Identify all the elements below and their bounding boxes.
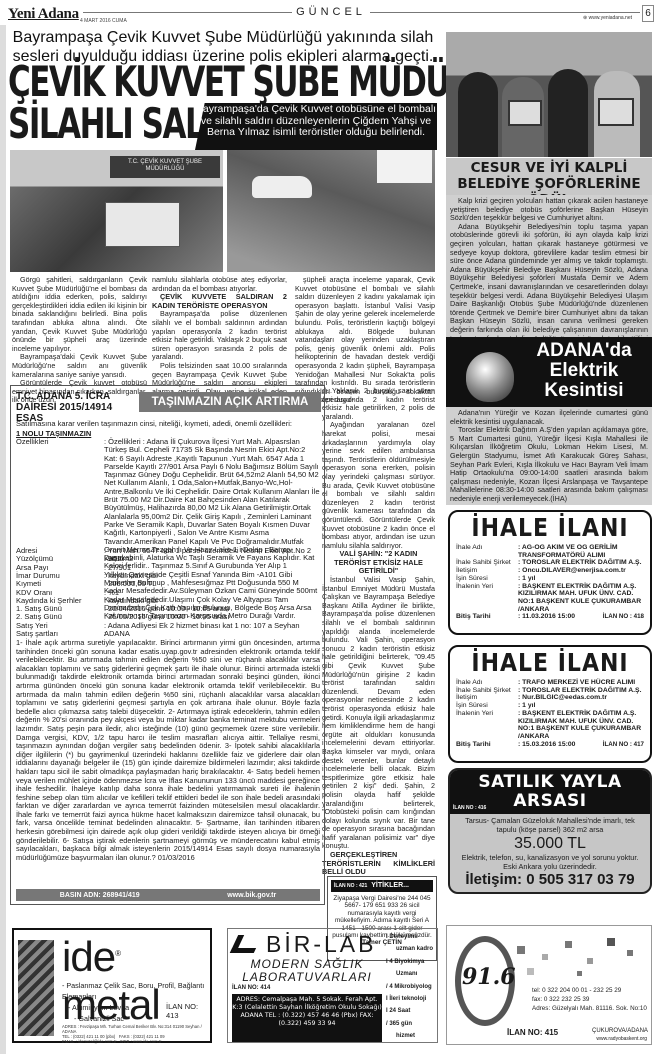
power-cut-title: ADANA'da Elektrik Kesintisi <box>524 341 644 401</box>
tender-row: İşin Süresi: 1 yıl <box>456 575 644 583</box>
microscope-icon <box>230 935 262 953</box>
tender-row: İhalenin Yeri: BAŞKENT ELEKTRİK DAĞITIM … <box>456 710 644 741</box>
field-yuzolcumu: Yüzölçümü: 901 m2 <box>16 555 320 563</box>
award-story-text: Kalp krizi geçiren yolcuları hattan çıka… <box>446 195 652 354</box>
press-code: BASIN ADN: 268941/419 <box>60 892 140 899</box>
website-link[interactable]: ⊛ www.yeniadana.net <box>583 15 632 21</box>
masthead: GÜNCEL Yeni Adana 4 MART 2016 CUMA ⊛ www… <box>8 4 654 26</box>
lightbulb-icon <box>466 352 514 402</box>
ilan-number: İLAN NO : 416 <box>453 805 486 811</box>
ilan-number: İLAN NO: 414 <box>232 985 270 991</box>
auction-terms: 1- İhale açık artırma suretiyle yapılaca… <box>16 639 320 862</box>
tender-row: İhale Sahibi Şirket: TOROSLAR ELEKTRİK D… <box>456 559 644 567</box>
lost-notice-header: İLAN NO : 421 YİTİKLER... <box>331 880 433 892</box>
ide-contact: ADRES : Fevzipaşa Mh. Turhan Cemal Berik… <box>62 1024 210 1044</box>
field-kiymeti: Kıymeti: 200.000,00 TL <box>16 580 320 588</box>
tender-title: İHALE İLANI <box>456 513 644 544</box>
land-price: 35.000 TL <box>450 834 650 853</box>
tender-deadline: Bitiş Tarihi: 15.03.2016 15:00İLAN NO : … <box>456 741 644 748</box>
contact-phone[interactable]: İletişim: 0 505 317 03 79 <box>450 871 650 889</box>
land-sale-ad: SATILIK YAYLA ARSASI İLAN NO : 416 Tarsu… <box>448 768 652 894</box>
column-heading: GERÇEKLEŞTİREN TERÖRİSTLERİN KİMLİKLERİ … <box>322 851 435 875</box>
radio-city: ÇUKUROVA/ADANA <box>592 1028 648 1034</box>
section-title: GÜNCEL <box>8 6 654 18</box>
column-heading: ÇEVİK KUVVETE SALDIRAN 2 KADIN TERÖRİSTE… <box>152 293 287 310</box>
auction-intro: Satılmasına karar verilen taşınmazın cin… <box>16 419 292 428</box>
radio-contact: tel: 0 322 204 00 01 - 232 25 29 fax: 0 … <box>532 986 647 1013</box>
metal-products-graphic <box>18 940 54 1036</box>
tender-row: İletişim: Nur.BILGIC@eedas.com.tr <box>456 694 644 702</box>
auction-title: TAŞINMAZIN AÇIK ARTIRMA İLANI <box>139 392 321 412</box>
ilan-number: İLAN NO : 418 <box>603 613 644 620</box>
radio-ad: 91.6 tel: 0 322 204 00 01 - 232 25 29 fa… <box>446 925 652 1045</box>
news-photo-police-station: T.C. ÇEVİK KUVVET ŞUBE MÜDÜRLÜĞÜ <box>10 150 223 272</box>
ilan-number: İLAN NO: 413 <box>166 1002 210 1020</box>
bus-shape <box>377 150 432 183</box>
page-number: 6 <box>642 5 654 22</box>
field-arsa-payi: Arsa Payı: 27/901 <box>16 564 320 572</box>
car-shape <box>252 176 312 198</box>
station-sign: T.C. ÇEVİK KUVVET ŞUBE MÜDÜRLÜĞÜ <box>110 156 220 178</box>
power-cut-banner: ADANA'da Elektrik Kesintisi <box>446 337 652 407</box>
field-imar-durumu: İmar Durumu: kaydındaki gibi <box>16 572 320 580</box>
headline-line-1: ÇEVİK KUVVET ŞUBE MÜDÜRLÜĞÜ'NE <box>8 62 438 103</box>
tender-title: İHALE İLANI <box>456 648 644 679</box>
auction-footer: BASIN ADN: 268941/419 www.bik.gov.tr <box>16 889 320 901</box>
bus-shape <box>105 202 180 247</box>
newspaper-logo: Yeni Adana <box>8 6 83 23</box>
birlab-ad: BİR-LAB MODERN SAĞLIK LABORATUVARLARI İL… <box>227 928 438 1043</box>
page-edge <box>0 25 6 1054</box>
tender-row: İhalenin Yeri: BAŞKENT ELEKTRİK DAĞITIM … <box>456 583 644 614</box>
award-photo <box>446 32 652 157</box>
tender-row: İşin Süresi: 1 yıl <box>456 702 644 710</box>
story-deck: Bayrampaşa'da Çevik Kuvvet otobüsüne el … <box>195 103 437 150</box>
birlab-subtitle: MODERN SAĞLIK LABORATUVARLARI <box>232 958 382 984</box>
ilan-number: İLAN NO: 415 <box>507 1028 558 1037</box>
birlab-address: ADRES: Cemalpaşa Mah. 5 Sokak. Ferah Apt… <box>232 994 382 1042</box>
birlab-logo: BİR-LAB <box>266 931 376 957</box>
ide-metal-ad: ide® metal - Paslanmaz Çelik Sac, Boru, … <box>12 928 212 1043</box>
auction-notice: T.C. ADANA 5. İCRA DAİRESİ 2015/14914 ES… <box>10 385 325 905</box>
certificate <box>598 98 634 126</box>
land-sale-body: Tarsus- Çamalan Güzeloluk Mahallesi'nde … <box>450 816 650 889</box>
power-cut-text: Adana'nın Yüreğir ve Kozan ilçelerinde c… <box>446 407 652 505</box>
tender-notice-417: İHALE İLANI İhale Adı: TRAFO MERKEZİ VE … <box>448 645 652 763</box>
certificate <box>508 100 542 126</box>
radio-frequency: 91.6 <box>462 964 516 990</box>
issue-date: 4 MART 2016 CUMA <box>80 18 127 24</box>
tender-notice-418: İHALE İLANI İhale Adı: AG-OG AKIM VE OG … <box>448 510 652 635</box>
ilan-number: İLAN NO : 417 <box>603 741 644 748</box>
news-photo-cctv <box>227 150 435 272</box>
tender-row: İletişim: Oncu.DILAVER@enerjisa.com.tr <box>456 567 644 575</box>
birlab-features: I Deneyimli uzman kadro I 4 Biyokimya Uz… <box>386 931 438 1043</box>
story-column-4: du.Yaklaşık 2 buçuk saat süren operasyon… <box>322 387 435 875</box>
bik-link[interactable]: www.bik.gov.tr <box>227 892 276 899</box>
column-heading: VALİ ŞAHİN: "2 KADIN TERÖRİST ETKİSİZ HA… <box>322 550 435 576</box>
tender-row: İhale Sahibi Şirket: TOROSLAR ELEKTRİK D… <box>456 687 644 695</box>
tender-deadline: Bitiş Tarihi: 11.03.2016 15:00İLAN NO : … <box>456 613 644 620</box>
tender-row: İhale Adı: TRAFO MERKEZİ VE HÜCRE ALIMI <box>456 679 644 687</box>
tender-row: İhale Adı: AG-OG AKIM VE OG GERİLİM TRAN… <box>456 544 644 559</box>
radio-website[interactable]: www.radyobaskent.org <box>596 1036 647 1042</box>
